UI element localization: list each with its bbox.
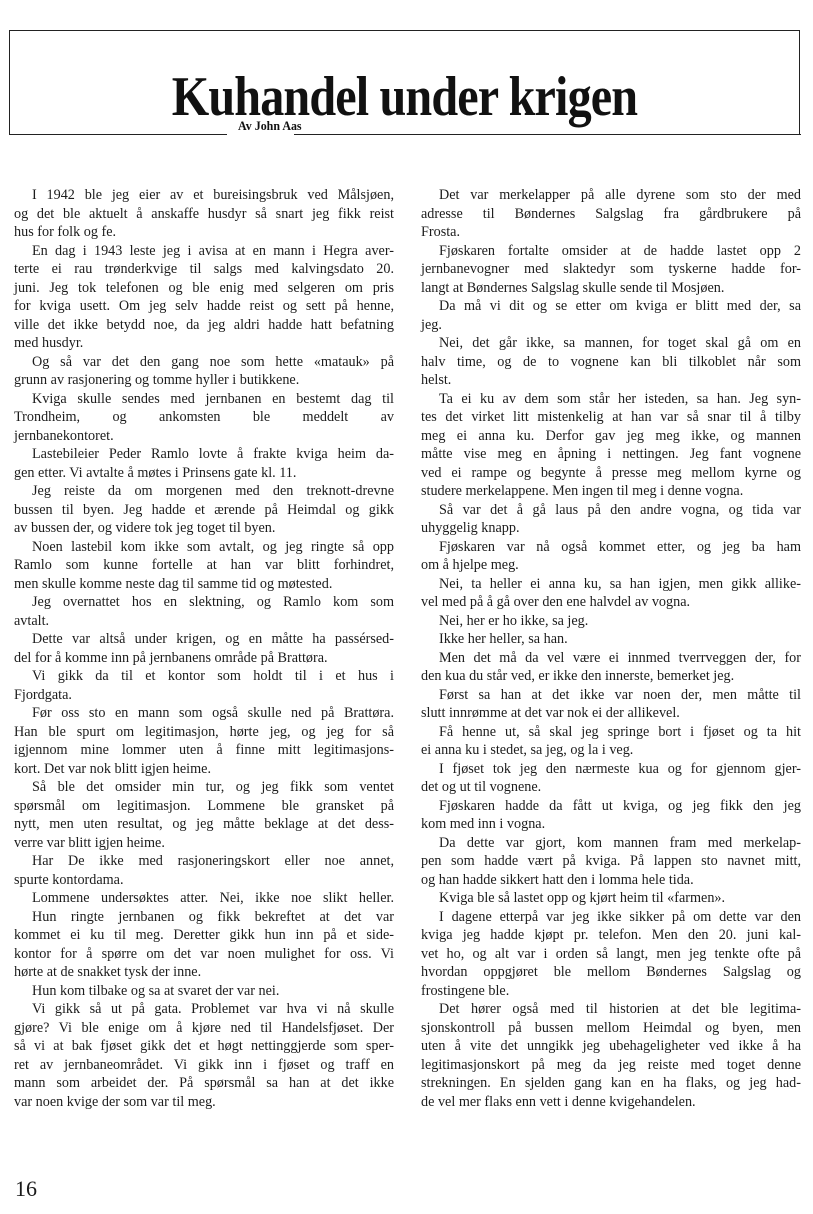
text-line: jernbanevogner med slaktedyr som tyskern… (421, 260, 801, 279)
text-line: vel med på å gå over den ene halvdel av … (421, 593, 801, 612)
text-line: måtte vise meg en åpning i nettingen. Je… (421, 445, 801, 464)
text-line: med husdyr. (14, 334, 394, 353)
title-frame: Kuhandel under krigen Av John Aas (9, 30, 800, 134)
text-line: kort. Det var nok blitt igjen heime. (14, 760, 394, 779)
text-line: En dag i 1943 leste jeg i avisa at en ma… (14, 242, 394, 261)
text-line: Vi gikk da til et kontor som holdt til i… (14, 667, 394, 686)
text-line: Nei, det går ikke, sa mannen, for toget … (421, 334, 801, 353)
text-line: uten å vite det unngikk jeg ubehagelighe… (421, 1037, 801, 1056)
text-line: Nei, ta heller ei anna ku, sa han igjen,… (421, 575, 801, 594)
text-line: helst. (421, 371, 801, 390)
text-line: avtalt. (14, 612, 394, 631)
text-line: Hun ringte jernbanen og fikk bekreftet a… (14, 908, 394, 927)
text-line: Jeg overnattet hos en slektning, og Raml… (14, 593, 394, 612)
text-line: Vi gikk så ut på gata. Problemet var hva… (14, 1000, 394, 1019)
text-line: nytt, men uten resultat, og jeg måtte be… (14, 815, 394, 834)
text-line: hus for folk og fe. (14, 223, 394, 242)
text-line: Få henne ut, så skal jeg springe bort i … (421, 723, 801, 742)
text-line: og han hadde sikkert hatt den i lomma he… (421, 871, 801, 890)
text-line: Kviga ble så lastet opp og kjørt heim ti… (421, 889, 801, 908)
text-line: av bussen der, og videre tok jeg toget t… (14, 519, 394, 538)
text-line: Ramlo som kunne fortelle at han var blit… (14, 556, 394, 575)
text-line: igjennom mine lommer uten å finne mitt l… (14, 741, 394, 760)
text-line: legitimasjonskort på meg da jeg reiste m… (421, 1056, 801, 1075)
text-line: Har De ikke med rasjoneringskort eller n… (14, 852, 394, 871)
text-line: terte ei rau trønderkvige til salgs med … (14, 260, 394, 279)
text-line: vet ho, og alt var i orden så langt, men… (421, 945, 801, 964)
text-line: Noen lastebil kom ikke som avtalt, og je… (14, 538, 394, 557)
text-line: ret av jernbaneområdet. Vi gikk inn i fj… (14, 1056, 394, 1075)
text-line: Og så var det den gang noe som hette «ma… (14, 353, 394, 372)
text-line: Ta ei ku av dem som står her isteden, sa… (421, 390, 801, 409)
text-line: bussen til byen. Jeg hadde et ærende på … (14, 501, 394, 520)
text-line: verre var blitt igjen heime. (14, 834, 394, 853)
text-line: meg ei anna ku. Derfor gav jeg meg ikke,… (421, 427, 801, 446)
text-line: sjonskontroll på bussen mellom Heimdal o… (421, 1019, 801, 1038)
text-line: I fjøset tok jeg den nærmeste kua og for… (421, 760, 801, 779)
text-line: de vel mer flaks enn vett i denne kvigeh… (421, 1093, 801, 1112)
text-line: Fjordgata. (14, 686, 394, 705)
text-line: halv time, og de to vognene kan bli tilk… (421, 353, 801, 372)
text-line: Men det må da vel være ei innmed tverrve… (421, 649, 801, 668)
text-line: gen etter. Vi avtalte å møtes i Prinsens… (14, 464, 394, 483)
text-line: grunn av rasjonering og tomme hyller i b… (14, 371, 394, 390)
article-byline: Av John Aas (238, 118, 302, 134)
text-line: gjøre? Vi ble enige om å kjøre ned til H… (14, 1019, 394, 1038)
text-line: hvordan oppgjøret ble mellom Bøndernes S… (421, 963, 801, 982)
text-line: spurte kontordama. (14, 871, 394, 890)
text-line: ved ei rampe og begynte å presse meg mel… (421, 464, 801, 483)
text-line: adresse til Bøndernes Salgslag fra gårdb… (421, 205, 801, 224)
text-line: spørsmål om legitimasjon. Lommene ble gr… (14, 797, 394, 816)
text-line: og det ble aktuelt å anskaffe husdyr så … (14, 205, 394, 224)
text-line: Lommene undersøktes atter. Nei, ikke noe… (14, 889, 394, 908)
text-line: Dette var altså under krigen, og en mått… (14, 630, 394, 649)
text-line: kontor for å spørre om det var noen muli… (14, 945, 394, 964)
text-line: Da dette var gjort, kom mannen fram med … (421, 834, 801, 853)
text-line: I dagene etterpå var jeg ikke sikker på … (421, 908, 801, 927)
text-line: Fjøskaren hadde da fått ut kviga, og jeg… (421, 797, 801, 816)
title-rule-left (9, 134, 227, 135)
text-line: Fjøskaren var nå også kommet etter, og j… (421, 538, 801, 557)
text-line: jernbanekontoret. (14, 427, 394, 446)
text-line: Han ble spurt om legitimasjon, hørte jeg… (14, 723, 394, 742)
text-line: mann som arbeidet der. På spørsmål sa ha… (14, 1074, 394, 1093)
article-column-left: I 1942 ble jeg eier av et bureisingsbruk… (14, 186, 394, 1111)
text-line: strekningen. En sjelden gang kan en ha f… (421, 1074, 801, 1093)
text-line: kom med inn i vogna. (421, 815, 801, 834)
text-line: kommet ei ku til meg. Deretter gikk hun … (14, 926, 394, 945)
text-line: Nei, her er ho ikke, sa jeg. (421, 612, 801, 631)
text-line: pen som hadde vært på kviga. På lappen s… (421, 852, 801, 871)
text-line: tes det virket litt mistenkelig at han v… (421, 408, 801, 427)
text-line: Det var merkelapper på alle dyrene som s… (421, 186, 801, 205)
title-rule-right (294, 134, 801, 135)
text-line: ville det ikke betydd noe, da jeg aldri … (14, 316, 394, 335)
text-line: Så var det å gå laus på den andre vogna,… (421, 501, 801, 520)
text-line: slutt innrømme at det var nok ei der all… (421, 704, 801, 723)
text-line: frostingene ble. (421, 982, 801, 1001)
text-line: Før oss sto en mann som også skulle ned … (14, 704, 394, 723)
text-line: Lastebileier Peder Ramlo lovte å frakte … (14, 445, 394, 464)
text-line: var noen kvige der som var til meg. (14, 1093, 394, 1112)
article-title: Kuhandel under krigen (65, 67, 744, 127)
text-line: Det hører også med til historien at det … (421, 1000, 801, 1019)
text-line: Hun kom tilbake og sa at svaret der var … (14, 982, 394, 1001)
text-line: langt at Bøndernes Salgslag skulle sende… (421, 279, 801, 298)
text-line: jeg. (421, 316, 801, 335)
page-number: 16 (15, 1176, 37, 1202)
text-line: Fjøskaren fortalte omsider at de hadde l… (421, 242, 801, 261)
text-line: Trondheim, og ankomsten ble meddelt av (14, 408, 394, 427)
text-line: studere merkelappene. Men ingen til meg … (421, 482, 801, 501)
text-line: ei anna ku i stedet, sa jeg, og la i veg… (421, 741, 801, 760)
text-line: kviga jeg hadde kjøpt pr. telefon. Men d… (421, 926, 801, 945)
text-line: den kua du står ved, er ikke den innerst… (421, 667, 801, 686)
article-column-right: Det var merkelapper på alle dyrene som s… (421, 186, 801, 1111)
text-line: Da må vi dit og se etter om kviga er bli… (421, 297, 801, 316)
text-line: Jeg reiste da om morgenen med den trekno… (14, 482, 394, 501)
text-line: juni. Jeg tok telefonen og ble enig med … (14, 279, 394, 298)
text-line: Frosta. (421, 223, 801, 242)
text-line: Kviga skulle sendes med jernbanen en bes… (14, 390, 394, 409)
text-line: for kviga usett. Om jeg selv hadde reist… (14, 297, 394, 316)
text-line: del for å komme inn på jernbanens område… (14, 649, 394, 668)
text-line: hørte at de snakket tysk der inne. (14, 963, 394, 982)
text-line: Ikke her heller, sa han. (421, 630, 801, 649)
text-line: om å hjelpe meg. (421, 556, 801, 575)
text-line: Først sa han at det ikke var noen der, m… (421, 686, 801, 705)
text-line: uhyggelig knapp. (421, 519, 801, 538)
text-line: men skulle komme neste dag til samme tid… (14, 575, 394, 594)
text-line: det og ut til vognene. (421, 778, 801, 797)
text-line: så vi at bak fjøset gikk det et høgt net… (14, 1037, 394, 1056)
text-line: I 1942 ble jeg eier av et bureisingsbruk… (14, 186, 394, 205)
text-line: Så ble det omsider min tur, og jeg fikk … (14, 778, 394, 797)
